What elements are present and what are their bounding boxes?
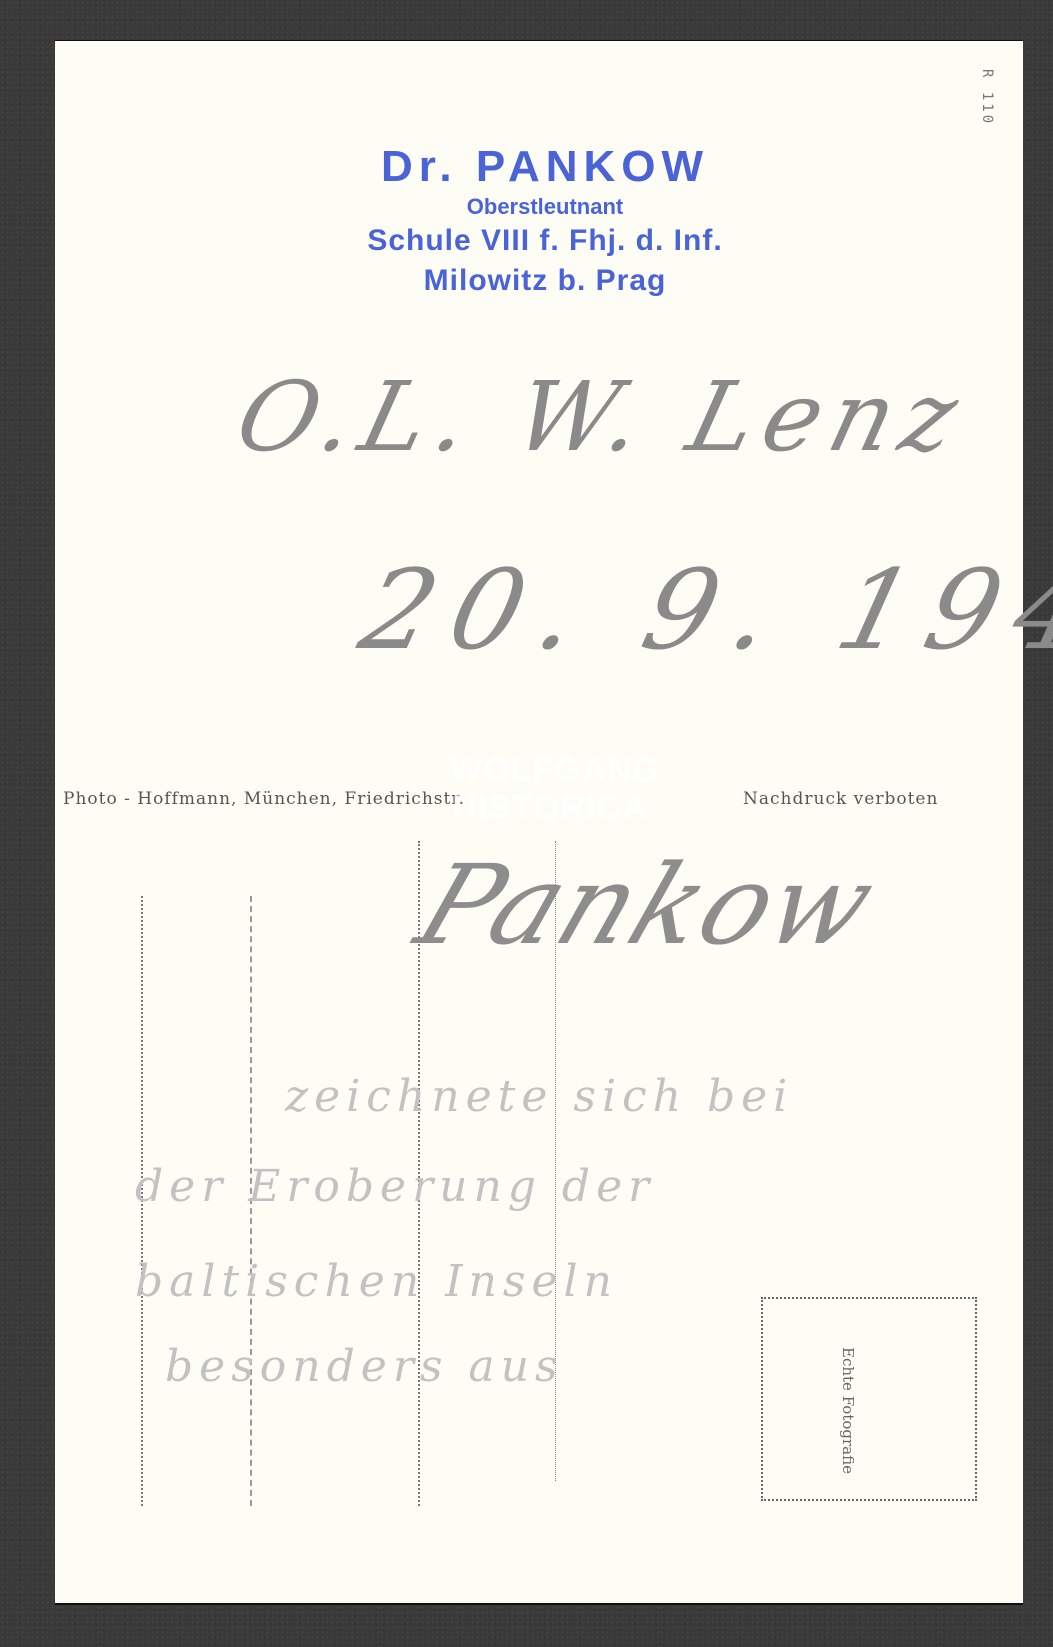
pencil-note-line-2: der Eroberung der: [135, 1161, 655, 1212]
watermark: WOLFGANG HISTORICA: [450, 751, 650, 827]
pencil-note-line-4: besonders aus: [165, 1341, 564, 1392]
handwritten-date: 20. 9. 1941: [349, 546, 1053, 674]
stamp-box-label-line2: Fotografie: [839, 1396, 857, 1474]
stamp-box-label: Echte Fotografie: [833, 1347, 863, 1474]
pencil-note-line-1: zeichnete sich bei: [285, 1071, 793, 1122]
handwritten-dedication: O.L. W. Lenz: [226, 361, 978, 473]
reference-code: R 110: [979, 69, 995, 126]
publisher-line: Photo - Hoffmann, München, Friedrichstr.: [63, 789, 465, 809]
stamp-location: Milowitz b. Prag: [285, 261, 805, 301]
pencil-note-line-3: baltischen Inseln: [135, 1256, 618, 1307]
stamp-unit: Schule VIII f. Fhj. d. Inf.: [285, 221, 805, 261]
ink-stamp: Dr. PANKOW Oberstleutnant Schule VIII f.…: [285, 141, 805, 301]
watermark-line2: HISTORICA: [450, 789, 650, 827]
stamp-rank: Oberstleutnant: [285, 193, 805, 221]
postcard: R 110 Dr. PANKOW Oberstleutnant Schule V…: [55, 40, 1023, 1605]
watermark-line1: WOLFGANG: [450, 751, 650, 789]
stamp-box-label-line1: Echte: [839, 1347, 857, 1391]
copyright-line: Nachdruck verboten: [743, 789, 938, 809]
signature: Pankow: [402, 841, 893, 969]
postage-stamp-box: Echte Fotografie: [761, 1297, 977, 1501]
stamp-name: Dr. PANKOW: [285, 141, 805, 193]
